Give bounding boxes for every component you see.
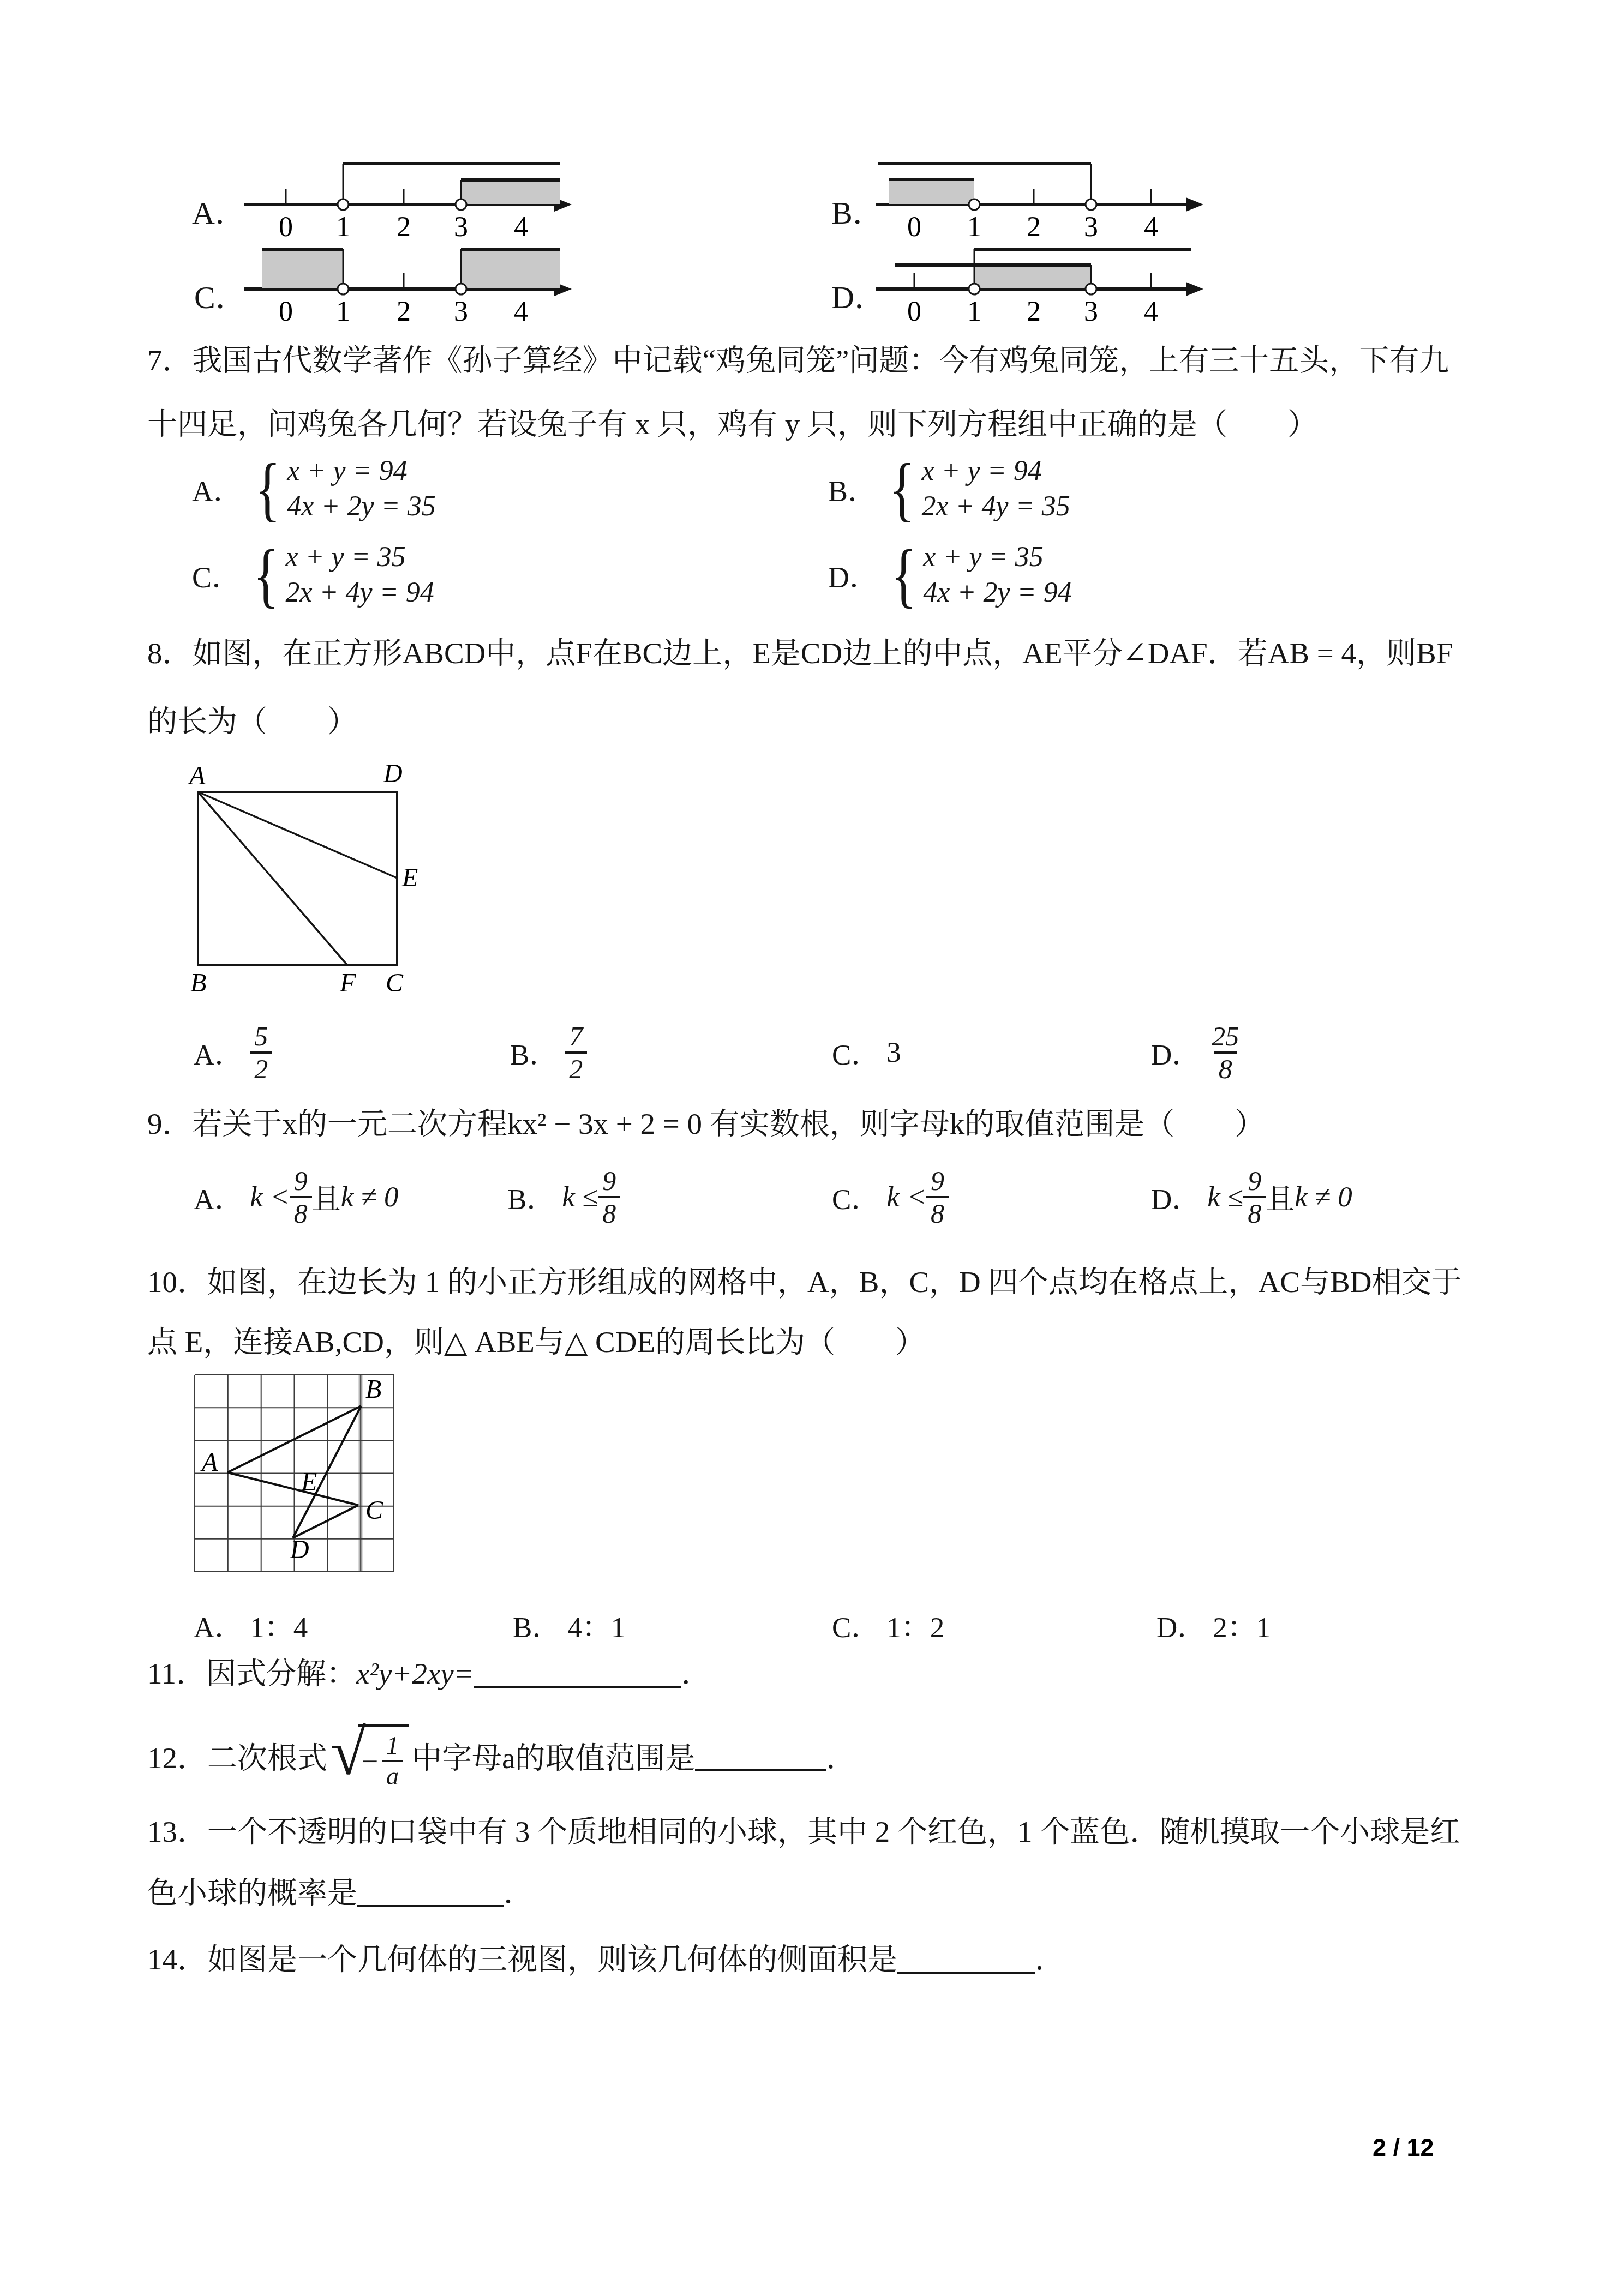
q9-option-a: A． k < 98 且 k ≠ 0 [194,1162,398,1233]
question-8-line-2: 的长为（ ） [147,704,357,740]
open-circle-3 [1086,284,1096,294]
option-label: D． [1156,1604,1206,1646]
inequality-suffix: k ≠ 0 [1295,1181,1352,1213]
q8-option-a: A． 52 [194,1017,272,1088]
fraction-denominator: a [382,1760,403,1790]
fraction-numerator: 9 [290,1165,312,1196]
tick-label: 1 [336,296,350,327]
fraction-denominator: 2 [565,1051,587,1084]
question-7-line-1: 7．我国古代数学著作《孙子算经》中记载“鸡兔同笼”问题：今有鸡兔同笼，上有三十五… [147,342,1449,378]
equation-2: 4x + 2y = 35 [287,491,435,522]
question-11-text: 11．因式分解： [147,1657,356,1690]
option-label: A． [192,468,243,510]
question-11-line: 11．因式分解：x²y+2xy=． [147,1656,711,1692]
open-circle-3 [456,199,466,210]
option-label: C． [832,1604,880,1646]
option-label: D． [1151,1176,1201,1218]
point-label-b: B [365,1375,381,1404]
fraction-numerator: 9 [1243,1165,1266,1196]
q10-option-c: C． 1：2 [832,1595,944,1655]
option-label: D． [828,554,879,596]
q7-option-d: D． { x + y = 35 4x + 2y = 94 [828,539,1072,611]
equation-1: x + y = 94 [921,455,1070,486]
brace: { [253,539,279,611]
segment-ae [198,792,397,878]
question-10-line-1: 10．如图，在边长为 1 的小正方形组成的网格中，A，B，C，D 四个点均在格点… [147,1264,1461,1300]
vertex-label-a: A [188,761,206,790]
number-line-option-c: 0 1 2 3 4 [235,231,584,342]
inequality-suffix: k ≠ 0 [341,1181,399,1213]
equation-2: 2x + 4y = 94 [285,577,434,608]
question-12-line: 12．二次根式 √ − 1a 中字母a的取值范围是 ． [147,1717,856,1793]
question-14-text: 14．如图是一个几何体的三视图，则该几何体的侧面积是 [147,1943,897,1976]
q7-option-b: B． { x + y = 94 2x + 4y = 35 [828,453,1070,525]
open-circle-1 [969,284,980,294]
open-circle-3 [1086,199,1096,210]
open-circle-1 [338,284,349,294]
q8-option-d: D． 258 [1151,1017,1243,1088]
option-label: C． [832,1176,880,1218]
vertex-label-d: D [383,759,403,788]
answer-blank [357,1875,504,1907]
question-13-line-2: 色小球的概率是． [147,1875,534,1911]
point-label-e: E [301,1468,317,1496]
option-value: 4：1 [567,1604,625,1646]
fraction-numerator: 25 [1207,1021,1243,1051]
fraction-numerator: 7 [565,1021,587,1051]
q9-option-d: D． k ≤ 98 且 k ≠ 0 [1151,1162,1352,1233]
equation-2: 4x + 2y = 94 [923,577,1071,608]
q10-option-d: D． 2：1 [1156,1595,1271,1655]
fraction-denominator: 8 [1214,1051,1237,1084]
q9-option-c: C． k < 98 [832,1162,949,1233]
option-value: 3 [886,1036,901,1069]
question-8-line-1: 8．如图，在正方形ABCD中，点F在BC边上，E是CD边上的中点，AE平分∠DA… [147,635,1453,671]
brace: { [891,539,917,611]
page-number: 2 / 12 [1373,2133,1434,2162]
option-label: B． [510,1032,558,1073]
vertex-label-c: C [386,969,404,997]
open-circle-1 [969,199,980,210]
tick-label: 4 [514,296,528,327]
period: ． [1035,1943,1065,1976]
inequality-prefix: k < [250,1181,290,1213]
tick-label: 3 [454,296,468,327]
period: ． [681,1657,711,1690]
question-10-line-2: 点 E，连接AB,CD，则△ ABE与△ CDE的周长比为（ ） [147,1324,925,1360]
exam-paper-page: A． B． C． D． 0 1 2 3 4 0 1 2 [0,0,1624,2296]
equation-1: x + y = 35 [285,542,434,573]
fraction-numerator: 5 [250,1021,272,1051]
answer-blank [474,1656,681,1688]
period: ． [826,1734,856,1777]
option-label: C． [832,1032,880,1073]
open-circle-3 [456,284,466,294]
tick-label: 0 [907,296,921,327]
equation-2: 2x + 4y = 35 [921,491,1070,522]
question-14-line: 14．如图是一个几何体的三视图，则该几何体的侧面积是． [147,1942,1065,1978]
period: ． [504,1876,534,1909]
q8-option-b: B． 72 [510,1017,587,1088]
inequality-prefix: k ≤ [562,1181,598,1213]
fraction-denominator: 8 [290,1196,312,1229]
equation-1: x + y = 94 [287,455,435,486]
option-label: A． [194,1032,243,1073]
q9-option-b: B． k ≤ 98 [507,1162,620,1233]
option-label: C． [192,554,241,596]
question-13-text: 色小球的概率是 [147,1876,357,1909]
tick-label: 1 [967,296,981,327]
fraction-denominator: 8 [1243,1196,1266,1229]
radical-sign: √ [331,1721,366,1785]
vertex-label-e: E [401,863,418,892]
q8-option-c: C． 3 [832,1017,901,1088]
answer-blank [695,1739,826,1771]
fraction-denominator: 8 [926,1196,949,1229]
and-text: 且 [312,1176,341,1218]
inequality-prefix: k < [886,1181,926,1213]
open-circle-1 [338,199,349,210]
point-label-d: D [290,1535,309,1564]
option-value: 2：1 [1213,1604,1271,1646]
tick-label: 2 [397,296,411,327]
question-7-line-2: 十四足，问鸡兔各几何？若设兔子有 x 只，鸡有 y 只，则下列方程组中正确的是（… [147,406,1317,442]
axis-arrow [1186,197,1203,212]
segment-af [198,792,347,965]
tick-label: 4 [1144,296,1158,327]
fraction-numerator: 9 [926,1165,949,1196]
vertex-label-b: B [190,969,206,997]
tick-label: 3 [1084,296,1098,327]
q10-option-a: A． 1：4 [194,1595,308,1655]
tick-label: 2 [1027,296,1041,327]
brace: { [889,453,915,525]
option-label: D． [1151,1032,1201,1073]
square-figure-q8: A D B F C E [177,758,439,1003]
point-label-a: A [200,1448,218,1477]
equation-1: x + y = 35 [923,542,1071,573]
q10-option-b: B． 4：1 [513,1595,625,1655]
question-12-suffix: 中字母a的取值范围是 [412,1734,695,1777]
fraction-denominator: 2 [250,1051,272,1084]
vertex-label-f: F [339,969,356,997]
option-value: 1：4 [250,1604,308,1646]
fraction-denominator: 8 [598,1196,620,1229]
question-9-line-1: 9．若关于x的一元二次方程kx² − 3x + 2 = 0 有实数根，则字母k的… [147,1106,1265,1142]
fraction-numerator: 1 [382,1732,403,1760]
axis-arrow [1186,282,1203,296]
brace: { [255,453,281,525]
answer-blank [897,1942,1035,1974]
question-13-line-1: 13．一个不透明的口袋中有 3 个质地相同的小球，其中 2 个红色，1 个蓝色．… [147,1814,1460,1850]
tick-label: 0 [279,296,293,327]
number-line-option-d: 0 1 2 3 4 [866,231,1215,342]
question-12-text: 12．二次根式 [147,1734,327,1777]
option-label: B． [507,1176,555,1218]
and-text: 且 [1266,1176,1295,1218]
option-label: A． [194,1604,243,1646]
inequality-prefix: k ≤ [1207,1181,1243,1213]
point-label-c: C [365,1496,383,1525]
grid-figure-q10: A B C D E [185,1366,420,1584]
fraction-numerator: 9 [598,1165,620,1196]
option-label: B． [828,468,877,510]
option-label: A． [194,1176,243,1218]
radical-expression: √ − 1a [331,1720,409,1790]
q7-option-c: C． { x + y = 35 2x + 4y = 94 [192,539,434,611]
question-11-formula: x²y+2xy= [356,1657,474,1690]
option-label: B． [513,1604,561,1646]
option-value: 1：2 [886,1604,944,1646]
q7-option-a: A． { x + y = 94 4x + 2y = 35 [192,453,436,525]
